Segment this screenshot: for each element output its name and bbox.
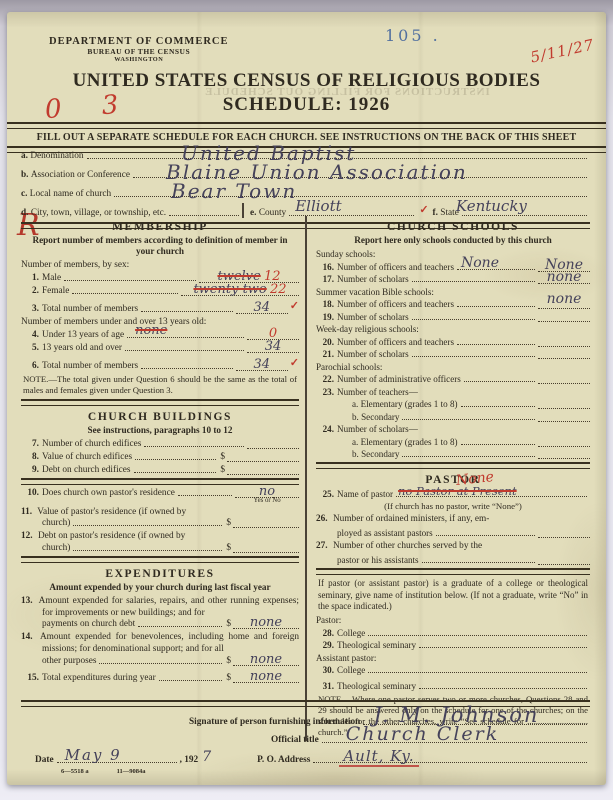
red-checkmark: ✓ [290, 299, 299, 312]
question-label: Amount expended for benevolences, includ… [40, 632, 299, 654]
washington-line: WASHINGTON [49, 56, 229, 63]
form-header: DEPARTMENT OF COMMERCE BUREAU OF THE CEN… [7, 12, 606, 153]
yes-or-no-hint: Yes or No [235, 497, 299, 504]
dotted-line [144, 446, 244, 447]
question-label: Number of officers and teachers [337, 299, 454, 309]
answer-slot: no Yes or No [235, 497, 299, 498]
dotted-line [99, 663, 222, 664]
dotted-line [64, 280, 196, 281]
dollar-sign: $ [226, 619, 231, 629]
answer-slot: none [233, 665, 299, 666]
rule [21, 478, 299, 485]
question-number: 10. [21, 488, 39, 498]
question-18: 18. Number of officers and teachers none [316, 299, 590, 309]
question-label: Value of church edifices [42, 452, 132, 462]
question-number: 29. [316, 640, 334, 650]
handwritten-answer: none [233, 616, 299, 629]
red-correction: 22 [270, 282, 287, 297]
church-buildings-subtitle: See instructions, paragraphs 10 to 12 [25, 425, 295, 436]
question-label: Total expenditures during year [42, 673, 156, 683]
dotted-line [125, 350, 244, 351]
question-23b: b. Secondary [316, 412, 590, 422]
dotted-line [436, 535, 535, 536]
dotted-line [135, 459, 216, 460]
field-label: Association or Conference [31, 170, 130, 180]
question-24: 24. Number of scholars— [316, 424, 590, 434]
date-address-row: Date May 9 , 192 7 P. O. Address Ault, K… [21, 745, 590, 765]
membership-title: MEMBERSHIP [21, 221, 299, 233]
question-number: 28. [316, 628, 334, 638]
question-14-benevolences: 14. Amount expended for benevolences, in… [21, 632, 299, 665]
dotted-line [138, 626, 222, 627]
handwritten-answer: none [538, 292, 590, 306]
dotted-line [159, 680, 223, 681]
question-label: Does church own pastor's residence [42, 488, 175, 498]
dotted-line [134, 472, 217, 473]
question-label-cont: payments on church debt [42, 619, 135, 629]
handwritten-date-annotation: 5/11/27 [529, 35, 596, 66]
dotted-line: None [457, 269, 535, 270]
dollar-sign: $ [226, 673, 231, 683]
question-label: Number of scholars [337, 274, 409, 284]
answer-slot: 34 [236, 313, 288, 314]
field-label: c. [21, 189, 27, 199]
question-15-total: 15. Total expenditures during year $ non… [21, 673, 299, 683]
form-number-left: 6—5518 a [61, 768, 89, 775]
question-number: 18. [316, 299, 334, 309]
expenditures-subtitle: Amount expended by your church during la… [25, 582, 295, 593]
question-label: Number of teachers— [337, 387, 418, 397]
sub-question-label: a. Elementary (grades 1 to 8) [352, 437, 458, 447]
dotted-line [457, 306, 535, 307]
right-column: CHURCH SCHOOLS Report here only schools … [305, 216, 590, 741]
year-printed: , 192 [180, 755, 199, 765]
answer-slot [538, 421, 590, 422]
signature-row: Signature of person furnishing informati… [21, 709, 590, 727]
pastor-label: Pastor: [316, 615, 590, 625]
answer-slot [538, 346, 590, 347]
question-number: 31. [316, 681, 334, 691]
form-columns: MEMBERSHIP Report number of members acco… [21, 216, 590, 741]
dotted-line [412, 319, 535, 320]
answer-slot [227, 461, 299, 462]
question-number: 22. [316, 374, 334, 384]
handwritten-answer-struck: twenty two [193, 282, 266, 297]
handwritten-po-address: Ault, Ky. [339, 747, 418, 767]
question-number: 16. [316, 262, 334, 272]
handwritten-official-title: Church Clerk [346, 723, 499, 745]
question-number: 15. [21, 673, 39, 683]
dotted-line: Ault, Ky. [313, 762, 587, 763]
answer-slot: none [538, 308, 590, 309]
question-9: 9. Debt on church edifices $ [21, 465, 299, 475]
question-number: 9. [21, 465, 39, 475]
handwritten-answer: 34 [236, 301, 288, 314]
question-22: 22. Number of administrative officers [316, 374, 590, 384]
question-2-female: 2. Female twenty two 22 [21, 286, 299, 296]
graduate-note: If pastor (or assistant pastor) is a gra… [318, 578, 588, 612]
question-label: Male [42, 273, 61, 283]
dotted-line [402, 419, 535, 420]
dotted-line [419, 688, 587, 689]
question-3-total-members: 3. Total number of members 34 ✓ [21, 299, 299, 314]
question-number: 8. [21, 452, 39, 462]
question-19: 19. Number of scholars [316, 312, 590, 322]
handwritten-answer: None [461, 255, 499, 271]
official-title-row: Official title Church Clerk [21, 727, 590, 745]
question-23: 23. Number of teachers— [316, 387, 590, 397]
question-6-total-members: 6. Total number of members 34 ✓ [21, 356, 299, 371]
rule [316, 568, 590, 575]
question-label: Number of officers and teachers [337, 337, 454, 347]
question-12-residence-debt: 12. Debt on pastor's residence (if owned… [21, 531, 299, 553]
question-label: Number of administrative officers [337, 374, 461, 384]
question-number: 12. [21, 531, 33, 541]
question-number: 21. [316, 349, 334, 359]
dotted-line [73, 550, 222, 551]
question-11-residence-value: 11. Value of pastor's residence (if owne… [21, 507, 299, 529]
red-checkmark: ✓ [290, 356, 299, 369]
red-correction: None [455, 469, 494, 489]
handwritten-answer: none [233, 653, 299, 666]
question-number: 17. [316, 274, 334, 284]
question-label: Number of ordained ministers, if any, em… [333, 514, 489, 524]
question-number: 6. [21, 361, 39, 371]
question-label: Number of scholars [337, 349, 409, 359]
question-label: Theological seminary [337, 640, 416, 650]
question-label: Debt on pastor's residence (if owned by [38, 531, 185, 541]
expenditures-title: EXPENDITURES [21, 568, 299, 580]
question-label: Number of other churches served by the [333, 541, 482, 551]
paper-sheet: INSTRUCTIONS FOR FILLING OUT SCHEDULE DE… [7, 12, 606, 785]
question-label: Value of pastor's residence (if owned by [37, 507, 186, 517]
form-number-right: 11—9084a [117, 768, 146, 775]
dollar-sign: $ [220, 465, 225, 475]
answer-slot: 34 [236, 370, 288, 371]
question-label: Number of scholars— [337, 424, 418, 434]
dotted-line [412, 281, 535, 282]
question-label: Theological seminary [337, 681, 416, 691]
question-number: 2. [21, 286, 39, 296]
question-number: 26. [316, 514, 328, 524]
dotted-line [368, 672, 587, 673]
group-label: Week-day religious schools: [316, 324, 590, 334]
answer-slot [247, 448, 299, 449]
question-number: 19. [316, 312, 334, 322]
question-10-residence: 10. Does church own pastor's residence n… [21, 488, 299, 498]
handwritten-answer: none [538, 270, 590, 284]
question-label: Number of church edifices [42, 439, 141, 449]
handwritten-answer: 34 [247, 340, 299, 353]
dotted-line [402, 456, 535, 457]
dotted-line [461, 406, 535, 407]
question-25-pastor-name: 25. Name of pastor no Pastor at Present … [316, 489, 590, 499]
question-label: Number of scholars [337, 312, 409, 322]
handwritten-county: Elliott [295, 197, 341, 215]
question-label-cont: church) [42, 518, 70, 528]
question-7: 7. Number of church edifices [21, 439, 299, 449]
handwritten-po-address-wrap: Ault, Ky. [339, 747, 418, 765]
question-5-over-13: 5. 13 years old and over 34 [21, 343, 299, 353]
answer-slot: none [233, 628, 299, 629]
question-label-cont: pastor or his assistants [337, 555, 419, 565]
question-24a: a. Elementary (grades 1 to 8) [316, 437, 590, 447]
question-label: Debt on church edifices [42, 465, 131, 475]
assistant-pastor-label: Assistant pastor: [316, 653, 590, 663]
question-label: Total number of members [42, 361, 138, 371]
date-label: Date [35, 755, 54, 765]
answer-slot [227, 474, 299, 475]
rule [7, 122, 606, 129]
question-label-cont: other purposes [42, 656, 96, 666]
question-label: Name of pastor [337, 489, 393, 499]
field-label: a. [21, 151, 28, 161]
question-27: 27. Number of other churches served by t… [316, 541, 590, 565]
dotted-line: none [127, 337, 244, 338]
scanned-census-form: INSTRUCTIONS FOR FILLING OUT SCHEDULE DE… [0, 0, 613, 800]
question-number: 1. [21, 273, 39, 283]
signature-label: Signature of person furnishing informati… [189, 717, 360, 727]
answer-slot [538, 408, 590, 409]
membership-subtitle: Report number of members according to de… [25, 235, 295, 257]
question-23a: a. Elementary (grades 1 to 8) [316, 399, 590, 409]
answer-slot [538, 358, 590, 359]
question-label: College [337, 665, 365, 675]
dotted-line [461, 444, 535, 445]
dotted-line [368, 635, 587, 636]
sub-question-label: a. Elementary (grades 1 to 8) [352, 399, 458, 409]
field-association: b. Association or Conference Blaine Unio… [21, 161, 590, 180]
handwritten-answer: none [233, 670, 299, 683]
church-schools-title: CHURCH SCHOOLS [316, 221, 590, 233]
group-label: Parochial schools: [316, 362, 590, 372]
dollar-sign: $ [226, 518, 231, 528]
rule [316, 462, 590, 469]
field-denomination: a. Denomination United Baptist [21, 142, 590, 161]
answer-slot [538, 383, 590, 384]
handwritten-state: Kentucky [456, 197, 527, 215]
answer-slot: 34 [247, 352, 299, 353]
question-29: 29. Theological seminary [316, 640, 590, 650]
handwritten-year-digit: 7 [202, 749, 211, 765]
question-20: 20. Number of officers and teachers [316, 337, 590, 347]
question-24b: b. Secondary [316, 449, 590, 459]
answer-slot [538, 537, 590, 538]
handwritten-code-annotation: 0 3 [44, 89, 135, 125]
question-label: Female [42, 286, 69, 296]
question-13-expenses: 13. Amount expended for salaries, repair… [21, 596, 299, 629]
field-label: Local name of church [30, 189, 111, 199]
dotted-line [72, 293, 178, 294]
answer-slot [233, 527, 299, 528]
question-28: 28. College [316, 628, 590, 638]
question-number: 4. [21, 330, 39, 340]
department-block: DEPARTMENT OF COMMERCE BUREAU OF THE CEN… [49, 36, 229, 63]
dotted-line: no Pastor at Present None [396, 496, 587, 497]
department-line: DEPARTMENT OF COMMERCE [49, 36, 229, 47]
question-number: 14. [21, 632, 33, 642]
field-label: Denomination [30, 151, 83, 161]
question-31: 31. Theological seminary [316, 681, 590, 691]
handwritten-date: May 9 [65, 746, 122, 764]
question-label: 13 years old and over [42, 343, 122, 353]
bureau-line: BUREAU OF THE CENSUS [49, 47, 229, 56]
question-number: 27. [316, 541, 328, 551]
dotted-line [178, 495, 232, 496]
question-number: 13. [21, 596, 33, 606]
form-title: UNITED STATES CENSUS OF RELIGIOUS BODIES [7, 70, 606, 92]
question-number: 30. [316, 665, 334, 675]
sub-question-label: b. Secondary [352, 449, 399, 459]
question-number: 24. [316, 424, 334, 434]
handwritten-answer-struck: none [135, 323, 167, 338]
rule [21, 399, 299, 406]
question-number: 25. [316, 489, 334, 499]
signature-block: Signature of person furnishing informati… [21, 700, 590, 775]
answer-slot [538, 458, 590, 459]
handwritten-church-name: Bear Town [171, 181, 297, 201]
question-30: 30. College [316, 665, 590, 675]
question-number: 11. [21, 507, 32, 517]
answer-slot: none [233, 682, 299, 683]
dotted-line [141, 311, 233, 312]
question-26: 26. Number of ordained ministers, if any… [316, 514, 590, 538]
question-label-cont: church) [42, 543, 70, 553]
left-column: MEMBERSHIP Report number of members acco… [21, 216, 305, 741]
question-label: Under 13 years of age [42, 330, 124, 340]
red-checkmark: ✓ [419, 203, 428, 216]
answer-slot [233, 552, 299, 553]
question-number: 23. [316, 387, 334, 397]
church-schools-subtitle: Report here only schools conducted by th… [320, 235, 586, 246]
dotted-line: Church Clerk [322, 742, 587, 743]
question-4-under-13: 4. Under 13 years of age none 0 [21, 330, 299, 340]
answer-slot: none [538, 283, 590, 284]
membership-note: NOTE.—The total given under Question 6 s… [23, 374, 297, 396]
dotted-line: May 9 [57, 762, 177, 763]
dotted-line [457, 344, 535, 345]
question-21: 21. Number of scholars [316, 349, 590, 359]
rule [21, 556, 299, 563]
church-buildings-title: CHURCH BUILDINGS [21, 411, 299, 423]
dollar-sign: $ [226, 543, 231, 553]
dotted-line [73, 525, 222, 526]
question-number: 5. [21, 343, 39, 353]
answer-slot: twenty two 22 [181, 295, 299, 296]
answer-slot [538, 446, 590, 447]
question-number: 3. [21, 304, 39, 314]
answer-slot [538, 564, 590, 565]
official-title-label: Official title [271, 735, 319, 745]
question-label-cont: ployed as assistant pastors [337, 528, 433, 538]
dollar-sign: $ [226, 656, 231, 666]
dotted-line [422, 562, 535, 563]
field-label: b. [21, 170, 29, 180]
question-25-hint: (If church has no pastor, write “None”) [316, 501, 590, 511]
dollar-sign: $ [220, 452, 225, 462]
page-number-stamp: 105 . [385, 26, 441, 45]
dotted-line [419, 647, 587, 648]
dotted-line [464, 381, 535, 382]
question-label: Total number of members [42, 304, 138, 314]
po-address-label: P. O. Address [257, 755, 310, 765]
dotted-line [141, 368, 233, 369]
question-label: Number of officers and teachers [337, 262, 454, 272]
question-label: College [337, 628, 365, 638]
handwritten-answer: 34 [236, 358, 288, 371]
dotted-line [412, 356, 535, 357]
question-number: 7. [21, 439, 39, 449]
form-number-row: 6—5518 a 11—9084a [21, 768, 590, 775]
answer-slot [538, 321, 590, 322]
question-number: 20. [316, 337, 334, 347]
sub-question-label: b. Secondary [352, 412, 399, 422]
question-8: 8. Value of church edifices $ [21, 452, 299, 462]
question-17: 17. Number of scholars none [316, 274, 590, 284]
